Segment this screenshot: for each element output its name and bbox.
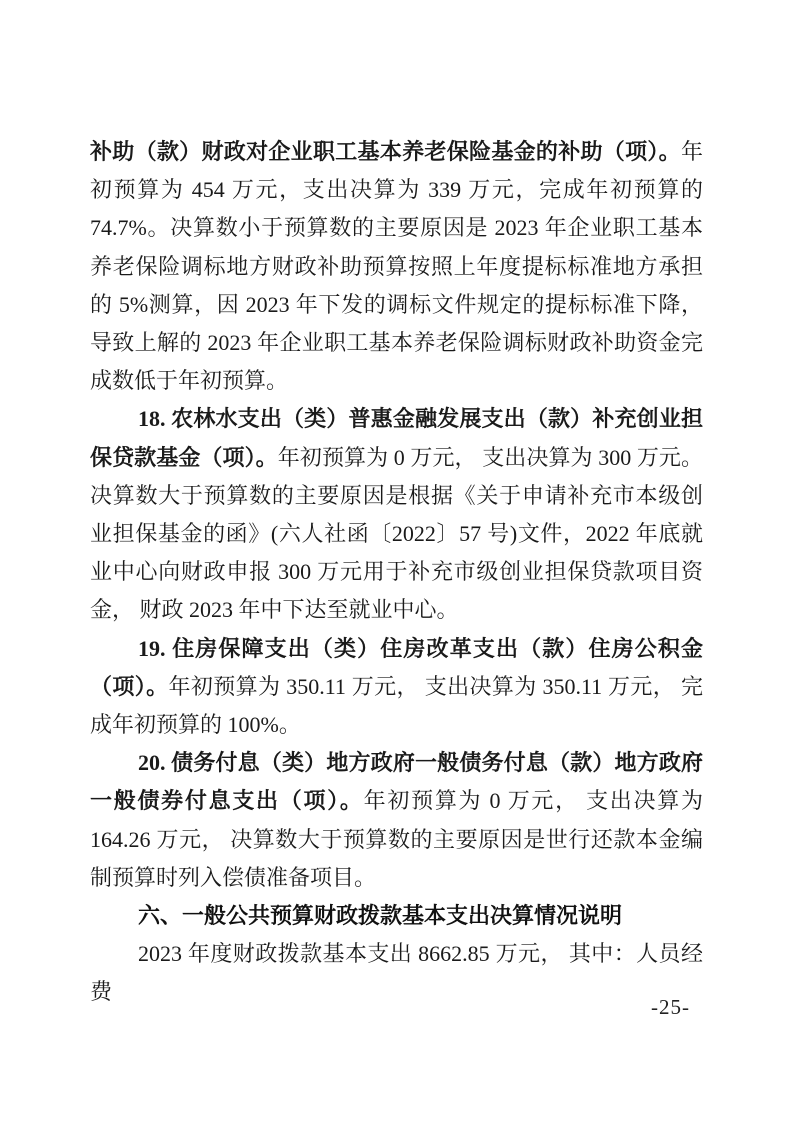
paragraph-text-pension-subsidy: 年初预算为 454 万元，支出决算为 339 万元，完成年初预算的 74.7%。… <box>90 139 703 393</box>
paragraph-item-18-loan-guarantee-fund: 18. 农林水支出（类）普惠金融发展支出（款）补充创业担保贷款基金（项）。年初预… <box>90 400 703 629</box>
paragraph-item-19-housing-fund: 19. 住房保障支出（类）住房改革支出（款）住房公积金（项）。年初预算为 350… <box>90 630 703 745</box>
section-heading-basic-expenditure: 六、一般公共预算财政拨款基本支出决算情况说明 <box>90 897 703 935</box>
paragraph-basic-expenditure-summary: 2023 年度财政拨款基本支出 8662.85 万元， 其中：人员经费 <box>90 935 703 1011</box>
paragraph-lead-pension-subsidy: 补助（款）财政对企业职工基本养老保险基金的补助（项）。 <box>90 139 681 164</box>
page-number: -25- <box>651 995 690 1020</box>
page-body: 补助（款）财政对企业职工基本养老保险基金的补助（项）。年初预算为 454 万元，… <box>90 133 703 1012</box>
paragraph-text-item-18: 年初预算为 0 万元， 支出决算为 300 万元。决算数大于预算数的主要原因是根… <box>90 445 703 623</box>
paragraph-item-20-debt-interest: 20. 债务付息（类）地方政府一般债务付息（款）地方政府一般债券付息支出（项）。… <box>90 744 703 897</box>
paragraph-text-item-19: 年初预算为 350.11 万元， 支出决算为 350.11 万元， 完成年初预算… <box>90 674 703 737</box>
paragraph-pension-subsidy-continuation: 补助（款）财政对企业职工基本养老保险基金的补助（项）。年初预算为 454 万元，… <box>90 133 703 400</box>
document-page: 补助（款）财政对企业职工基本养老保险基金的补助（项）。年初预算为 454 万元，… <box>0 0 793 1122</box>
